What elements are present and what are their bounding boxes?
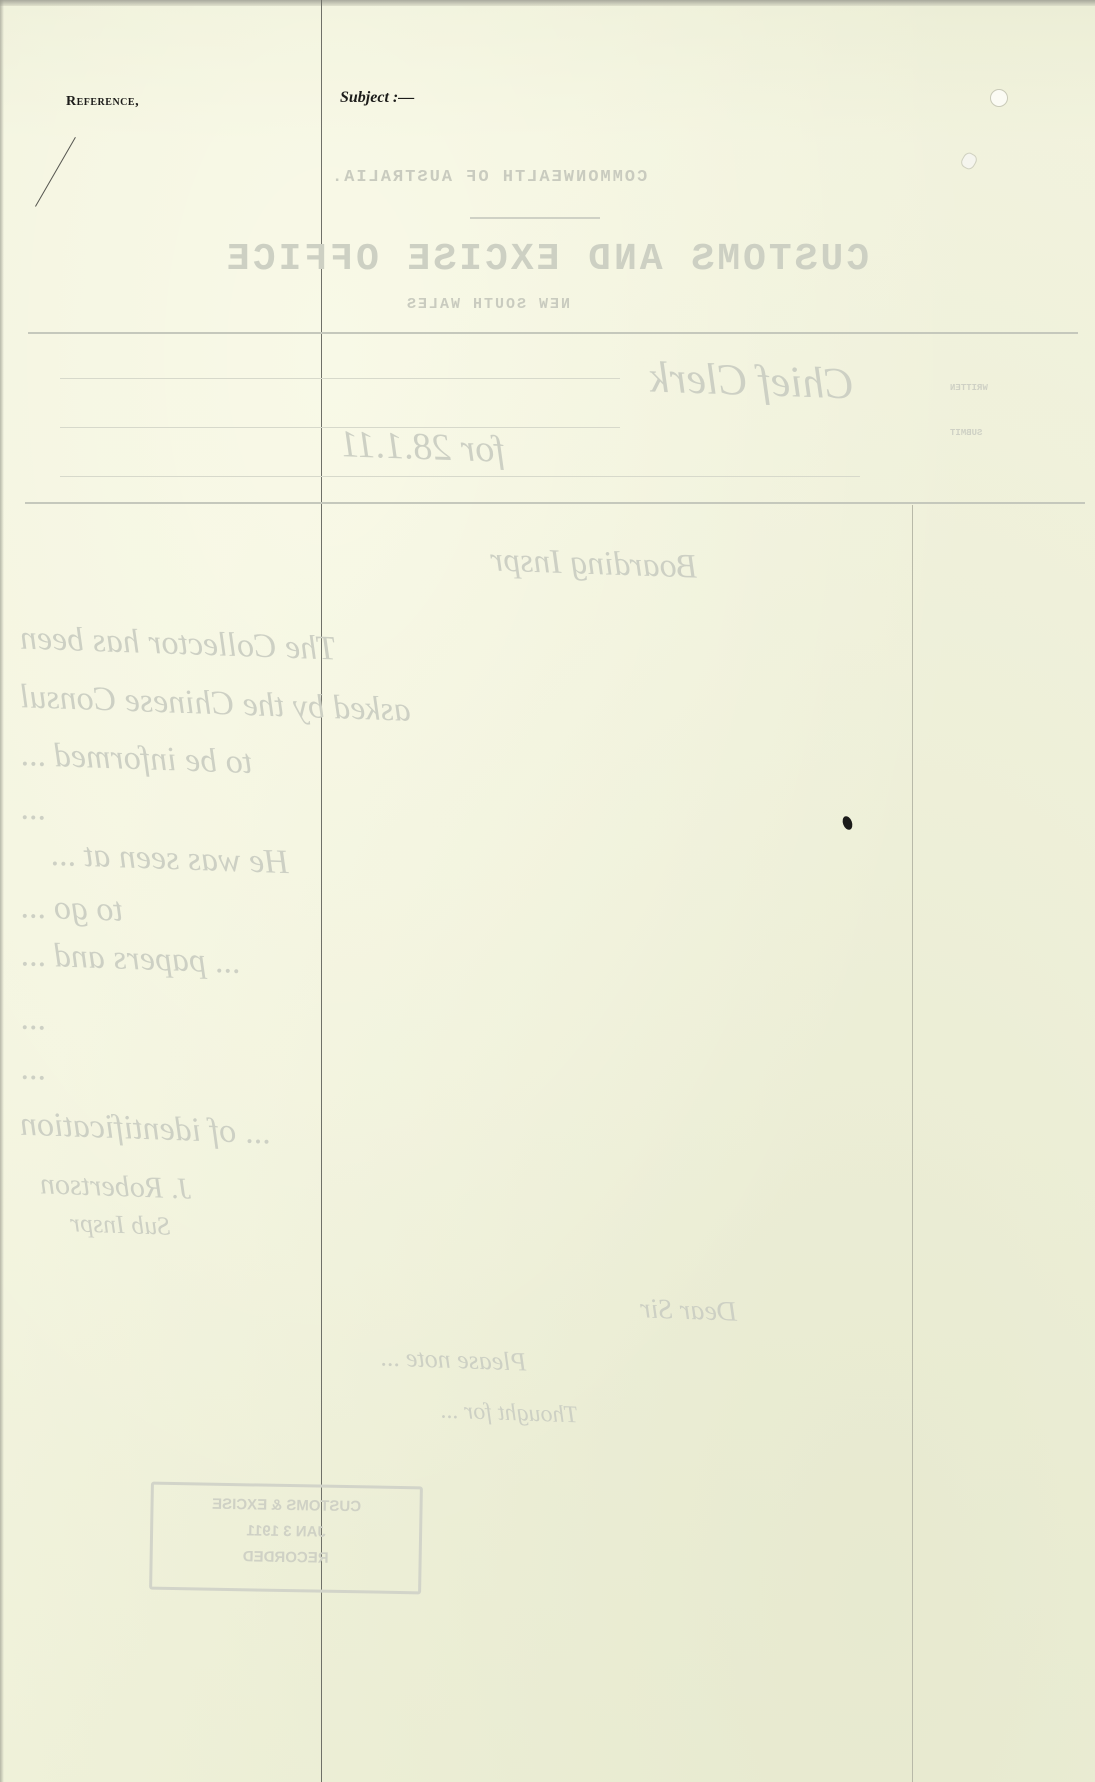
bleed-handwriting: Please note ... xyxy=(380,1342,528,1377)
recorded-stamp: CUSTOMS & EXCISE JAN 3 1911 RECORDED xyxy=(149,1482,423,1595)
bleed-side-label: SUBMIT xyxy=(950,428,982,438)
bleed-handwriting: Chief Clerk xyxy=(649,351,855,409)
bleed-office-title: CUSTOMS AND EXCISE OFFICE xyxy=(224,238,869,281)
bleed-handwriting: ... xyxy=(19,1050,46,1089)
bleed-rule xyxy=(470,217,600,219)
punch-hole xyxy=(990,89,1008,107)
bleed-state: NEW SOUTH WALES xyxy=(405,296,570,313)
bleed-handwriting: Boarding Inspr xyxy=(489,541,698,586)
bleed-handwriting: ... xyxy=(19,790,46,829)
bleed-handwriting: to go ... xyxy=(19,888,123,930)
header-rule-bottom xyxy=(25,502,1085,504)
bleed-handwriting: to be informed ... xyxy=(19,736,252,782)
bleed-handwriting: for 28.1.11 xyxy=(339,422,505,472)
scan-top-edge xyxy=(0,0,1095,6)
subject-label: Subject :— xyxy=(340,89,414,107)
scan-left-edge xyxy=(0,0,4,1782)
bleed-handwriting: Dear Sir xyxy=(639,1293,737,1328)
form-line xyxy=(60,378,620,379)
form-line xyxy=(60,476,860,477)
header-rule-top xyxy=(28,332,1078,334)
bleed-handwriting: J. Robertson xyxy=(39,1167,192,1206)
bleed-handwriting: Thought for ... xyxy=(440,1398,579,1430)
bleed-commonwealth: COMMONWEALTH OF AUSTRALIA. xyxy=(330,168,647,187)
bleed-handwriting: Sub Inspr xyxy=(70,1208,171,1241)
bleed-handwriting: ... papers and ... xyxy=(19,936,240,982)
bleed-handwriting: ... xyxy=(19,1000,46,1039)
stamp-line: RECORDED xyxy=(152,1543,418,1574)
right-column-rule xyxy=(912,505,913,1782)
reference-label: Reference, xyxy=(66,94,139,110)
bleed-side-label: WRITTEN xyxy=(950,383,988,393)
